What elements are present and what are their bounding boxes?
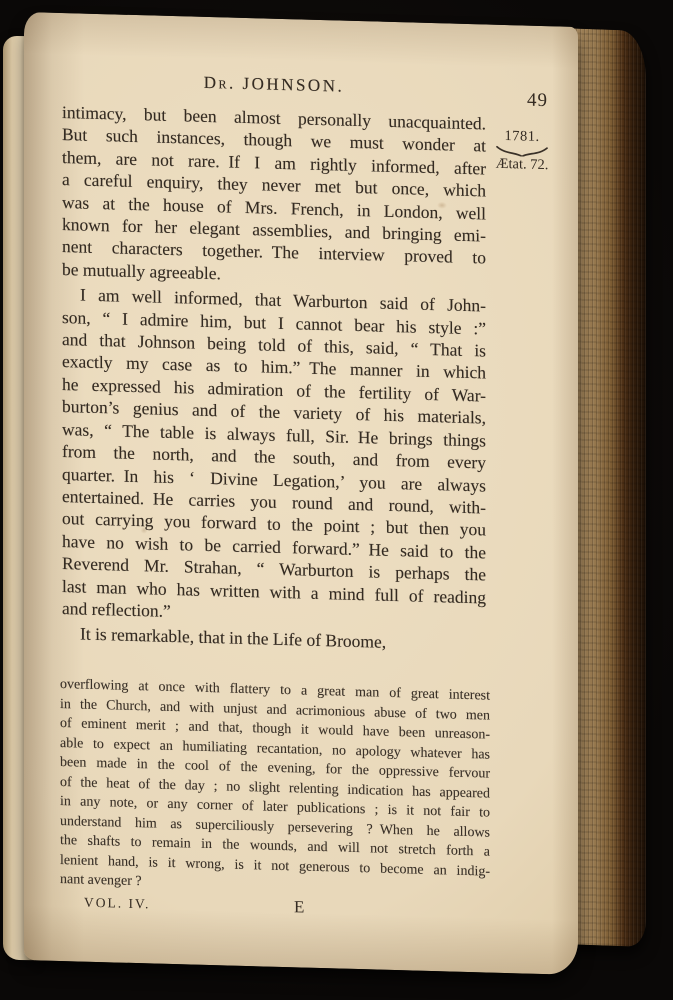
paragraph: I am well informed, that Warburton said … <box>62 283 486 631</box>
footnote: overflowing at once with flattery to a g… <box>60 675 490 901</box>
book-photograph: Dr. JOHNSON. 49 1781. Ætat. 72. intimacy… <box>0 0 673 1000</box>
margin-aetat-label: Ætat. 72. <box>478 155 566 174</box>
book-page: Dr. JOHNSON. 49 1781. Ætat. 72. intimacy… <box>24 12 578 975</box>
marginalia: 1781. Ætat. 72. <box>478 127 566 174</box>
signature-mark: E <box>294 897 305 917</box>
page-number: 49 <box>527 90 548 113</box>
paragraph: intimacy, but been almost personally una… <box>62 101 486 292</box>
margin-year-label: 1781. <box>478 127 566 146</box>
volume-label: VOL. IV. <box>84 895 150 913</box>
running-header: Dr. JOHNSON. <box>62 69 486 100</box>
page-content: Dr. JOHNSON. 49 1781. Ætat. 72. intimacy… <box>24 12 578 975</box>
main-text: intimacy, but been almost personally una… <box>62 101 486 656</box>
